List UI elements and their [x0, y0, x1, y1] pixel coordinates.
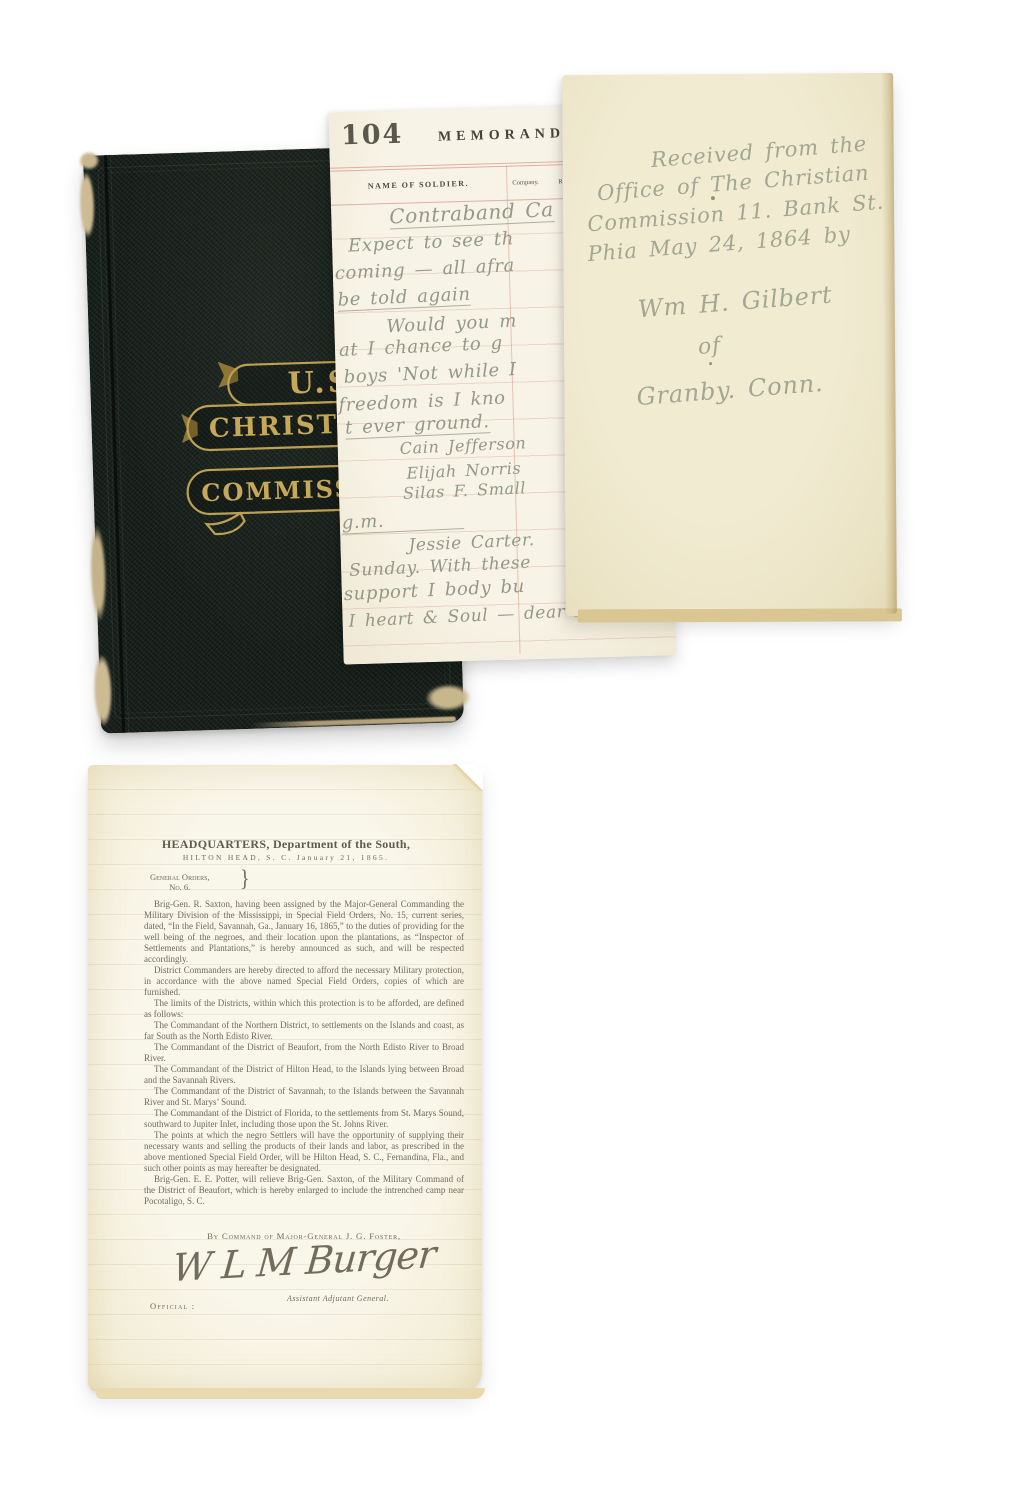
orders-paragraph: Brig-Gen. R. Saxton, having been assigne…	[144, 899, 464, 965]
orders-paragraph: The Commandant of the District of Beaufo…	[144, 1042, 464, 1064]
orders-label-line1: General Orders,	[150, 872, 210, 882]
dogear-fold	[453, 764, 483, 791]
orders-paragraph: The points at which the negro Settlers w…	[144, 1130, 464, 1174]
wear-mark	[93, 655, 113, 726]
orders-paragraph: The Commandant of the District of Hilton…	[144, 1064, 464, 1086]
orders-label: General Orders, No. 6.	[150, 873, 210, 892]
orders-body: Brig-Gen. R. Saxton, having been assigne…	[144, 899, 464, 1207]
receipt-hand-line: Granby. Conn.	[636, 369, 825, 411]
orders-heading: HEADQUARTERS, Department of the South,	[126, 837, 446, 852]
orders-paragraph: The Commandant of the District of Florid…	[144, 1108, 464, 1130]
foxing-spot	[711, 196, 715, 200]
foxing-spot	[709, 362, 712, 365]
receipt-hand-line: Wm H. Gilbert	[637, 281, 833, 324]
official-label: Official :	[150, 1301, 195, 1311]
memo-col-company: Company.	[512, 179, 539, 187]
orders-paragraph: The Commandant of the Northern District,…	[144, 1020, 464, 1042]
page-fore-edge	[881, 73, 897, 614]
photograph-canvas: U.S. CHRISTIAN COMMISSION 104 MEMORANDA …	[0, 0, 1023, 1495]
wear-mark	[79, 172, 96, 238]
orders-paragraph: Brig-Gen. E. E. Potter, will relieve Bri…	[144, 1174, 464, 1207]
signature-title: Assistant Adjutant General.	[218, 1294, 458, 1303]
orders-paragraph: District Commanders are hereby directed …	[144, 965, 464, 998]
wear-mark	[89, 525, 108, 621]
general-orders-document: HEADQUARTERS, Department of the South, H…	[88, 765, 482, 1392]
orders-brace: }	[240, 866, 250, 892]
orders-dateline: HILTON HEAD, S. C. January 21, 1865.	[126, 853, 446, 862]
wear-mark	[79, 151, 100, 170]
flyleaf-receipt-page: Received from the Office of The Christia…	[562, 73, 897, 616]
memo-col-name-of-soldier: NAME OF SOLDIER.	[330, 178, 506, 192]
orders-label-line2: No. 6.	[150, 883, 210, 893]
receipt-hand-line: of	[697, 333, 722, 360]
orders-paragraph: The Commandant of the District of Savann…	[144, 1086, 464, 1108]
orders-paragraph: The limits of the Districts, within whic…	[144, 998, 464, 1020]
worn-bottom-edge	[251, 716, 456, 727]
